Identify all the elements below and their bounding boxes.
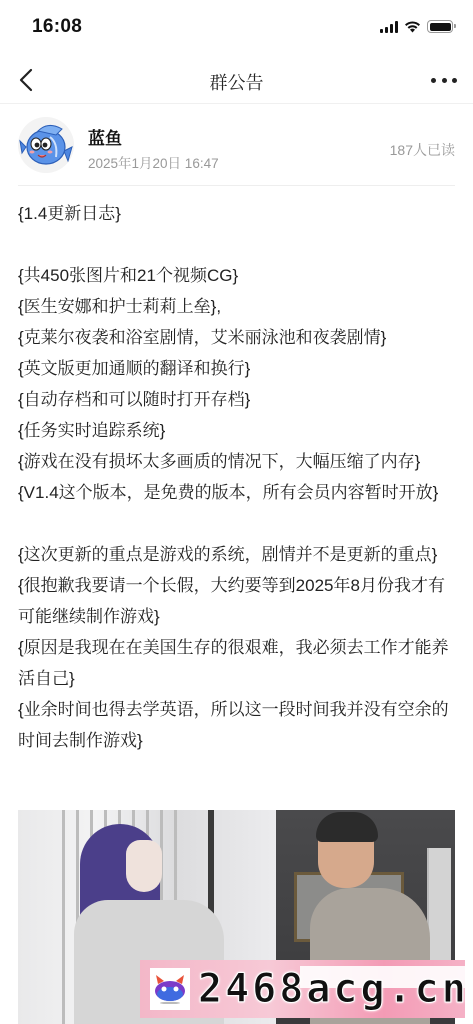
watermark-banner: 2468acg.cn xyxy=(140,960,465,1018)
status-bar: 16:08 xyxy=(0,0,473,56)
content-paragraph: {任务实时追踪系统} xyxy=(18,415,455,446)
content-paragraph: {业余时间也得去学英语，所以这一段时间我并没有空余的时间去制作游戏} xyxy=(18,694,455,756)
content-paragraph: {共450张图片和21个视频CG} xyxy=(18,260,455,291)
content-paragraph: {原因是我现在在美国生存的很艰难，我必须去工作才能养活自己} xyxy=(18,632,455,694)
content-paragraph: {自动存档和可以随时打开存档} xyxy=(18,384,455,415)
battery-icon xyxy=(427,20,453,33)
author-name[interactable]: 蓝鱼 xyxy=(88,124,122,149)
more-horizontal-icon xyxy=(431,78,436,83)
nav-bar: 群公告 xyxy=(0,56,473,104)
content-paragraph: {游戏在没有损坏太多画质的情况下，大幅压缩了内存} xyxy=(18,446,455,477)
status-icons xyxy=(380,20,453,33)
content-paragraph xyxy=(18,508,455,539)
wifi-icon xyxy=(404,20,421,33)
announcement-content: {1.4更新日志} {共450张图片和21个视频CG} {医生安娜和护士莉莉上垒… xyxy=(18,198,455,756)
signal-icon xyxy=(380,21,398,33)
watermark-text: 2468acg.cn xyxy=(198,963,469,1015)
content-paragraph: {英文版更加通顺的翻译和换行} xyxy=(18,353,455,384)
more-button[interactable] xyxy=(431,70,457,90)
content-paragraph: {医生安娜和护士莉莉上垒}, xyxy=(18,291,455,322)
read-count[interactable]: 187人已读 xyxy=(390,140,455,160)
author-header: 蓝鱼 2025年1月20日 16:47 187人已读 xyxy=(18,112,455,186)
content-paragraph: {这次更新的重点是游戏的系统，剧情并不是更新的重点} xyxy=(18,539,455,570)
content-paragraph: {1.4更新日志} xyxy=(18,198,455,229)
avatar[interactable] xyxy=(18,117,74,173)
content-paragraph: {很抱歉我要请一个长假，大约要等到2025年8月份我才有可能继续制作游戏} xyxy=(18,570,455,632)
cat-mascot-icon xyxy=(150,968,190,1010)
blue-fish-avatar-icon xyxy=(18,117,74,173)
status-time: 16:08 xyxy=(32,16,82,38)
content-paragraph xyxy=(18,229,455,260)
content-paragraph: {克莱尔夜袭和浴室剧情，艾米丽泳池和夜袭剧情} xyxy=(18,322,455,353)
post-date: 2025年1月20日 16:47 xyxy=(88,152,219,172)
content-paragraph: {V1.4这个版本，是免费的版本，所有会员内容暂时开放} xyxy=(18,477,455,508)
page-title: 群公告 xyxy=(0,69,473,95)
